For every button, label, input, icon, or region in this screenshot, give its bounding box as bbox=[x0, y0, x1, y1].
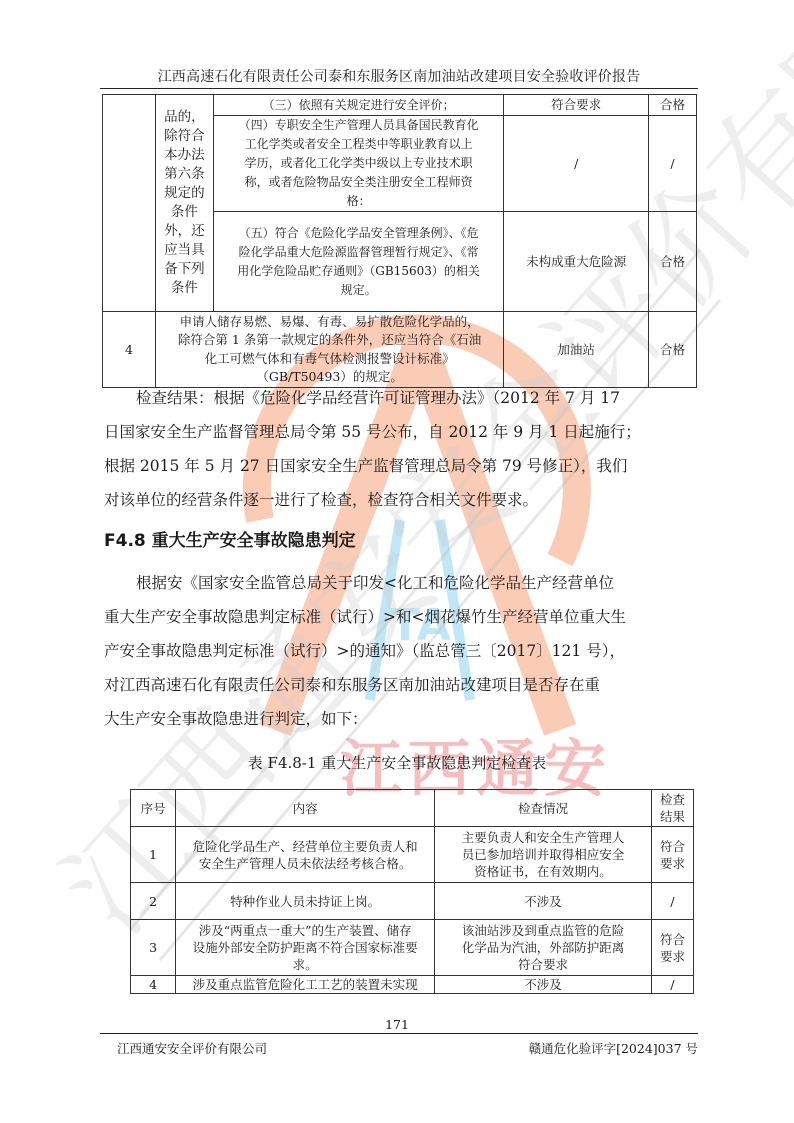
index-cell: 4 bbox=[103, 312, 156, 388]
result-cell: / bbox=[651, 883, 693, 920]
header-index: 序号 bbox=[131, 790, 176, 827]
condition-cell: 品的， 除符合 本办法 第六条 规定的 条件 外，还 应当具 备下列 条件 bbox=[155, 95, 213, 312]
index-cell: 3 bbox=[131, 920, 176, 976]
table-row: 4 涉及重点监管危险化工工艺的装置未实现 不涉及 / bbox=[131, 976, 694, 994]
index-cell: 2 bbox=[131, 883, 176, 920]
table-row: 3 涉及“两重点一重大”的生产装置、储存设施外部安全防护距离不符合国家标准要求。… bbox=[131, 920, 694, 976]
status-cell: / bbox=[504, 116, 649, 212]
report-header-title: 江西高速石化有限责任公司泰和东服务区南加油站改建项目安全验收评价报告 bbox=[100, 66, 698, 86]
status-cell: 不涉及 bbox=[435, 976, 652, 994]
table-header-row: 序号 内容 检查情况 检查结果 bbox=[131, 790, 694, 827]
index-cell: 1 bbox=[131, 827, 176, 883]
result-cell: 符合要求 bbox=[651, 827, 693, 883]
section-heading: F4.8 重大生产安全事故隐患判定 bbox=[104, 526, 356, 551]
content-cell: 危险化学品生产、经营单位主要负责人和安全生产管理人员未依法经考核合格。 bbox=[176, 827, 435, 883]
status-cell: 主要负责人和安全生产管理人员已参加培训并取得相应安全资格证书，在有效期内。 bbox=[435, 827, 652, 883]
section-paragraph: 根据安《国家安全监管总局关于印发<化工和危险化学品生产经营单位 重大生产安全事故… bbox=[104, 566, 720, 736]
table-row: 品的， 除符合 本办法 第六条 规定的 条件 外，还 应当具 备下列 条件 （三… bbox=[103, 95, 697, 116]
table-row: 2 特种作业人员未持证上岗。 不涉及 / bbox=[131, 883, 694, 920]
table-row: 4 申请人储存易燃、易爆、有毒、易扩散危险化学品的， 除符合第 1 条第一款规定… bbox=[103, 312, 697, 388]
result-cell: 合格 bbox=[649, 95, 697, 116]
content-cell: 申请人储存易燃、易爆、有毒、易扩散危险化学品的， 除符合第 1 条第一款规定的条… bbox=[155, 312, 503, 388]
result-cell: / bbox=[651, 976, 693, 994]
hazard-check-table: 序号 内容 检查情况 检查结果 1 危险化学品生产、经营单位主要负责人和安全生产… bbox=[130, 789, 694, 994]
result-cell: 符合要求 bbox=[651, 920, 693, 976]
footer-doc-number: 赣通危化验评字[2024]037 号 bbox=[529, 1039, 698, 1057]
status-cell: 不涉及 bbox=[435, 883, 652, 920]
footer-divider bbox=[100, 1033, 698, 1034]
content-cell: （五）符合《危险化学品安全管理条例》、《危 险化学品重大危险源监督管理暂行规定》… bbox=[213, 212, 504, 312]
table-row: 1 危险化学品生产、经营单位主要负责人和安全生产管理人员未依法经考核合格。 主要… bbox=[131, 827, 694, 883]
status-cell: 加油站 bbox=[504, 312, 649, 388]
index-cell: 4 bbox=[131, 976, 176, 994]
footer-company: 江西通安安全评价有限公司 bbox=[117, 1039, 267, 1057]
page-number: 171 bbox=[0, 1017, 794, 1032]
table-caption: 表 F4.8-1 重大生产安全事故隐患判定检查表 bbox=[0, 752, 794, 773]
content-cell: 涉及重点监管危险化工工艺的装置未实现 bbox=[176, 976, 435, 994]
header-result: 检查结果 bbox=[651, 790, 693, 827]
header-status: 检查情况 bbox=[435, 790, 652, 827]
result-cell: 合格 bbox=[649, 212, 697, 312]
license-conditions-table: 品的， 除符合 本办法 第六条 规定的 条件 外，还 应当具 备下列 条件 （三… bbox=[102, 94, 697, 388]
header-divider bbox=[100, 88, 698, 89]
content-cell: 涉及“两重点一重大”的生产装置、储存设施外部安全防护距离不符合国家标准要求。 bbox=[176, 920, 435, 976]
check-result-paragraph: 检查结果：根据《危险化学品经营许可证管理办法》（2012 年 7 月 17 日国… bbox=[104, 381, 720, 517]
header-content: 内容 bbox=[176, 790, 435, 827]
content-cell: 特种作业人员未持证上岗。 bbox=[176, 883, 435, 920]
result-cell: / bbox=[649, 116, 697, 212]
status-cell: 未构成重大危险源 bbox=[504, 212, 649, 312]
result-cell: 合格 bbox=[649, 312, 697, 388]
status-cell: 符合要求 bbox=[504, 95, 649, 116]
content-cell: （四）专职安全生产管理人员具备国民教育化 工化学类或者安全工程类中等职业教育以上… bbox=[213, 116, 504, 212]
content-cell: （三）依照有关规定进行安全评价； bbox=[213, 95, 504, 116]
status-cell: 该油站涉及到重点监管的危险化学品为汽油，外部防护距离符合要求 bbox=[435, 920, 652, 976]
index-cell-empty bbox=[103, 95, 156, 312]
